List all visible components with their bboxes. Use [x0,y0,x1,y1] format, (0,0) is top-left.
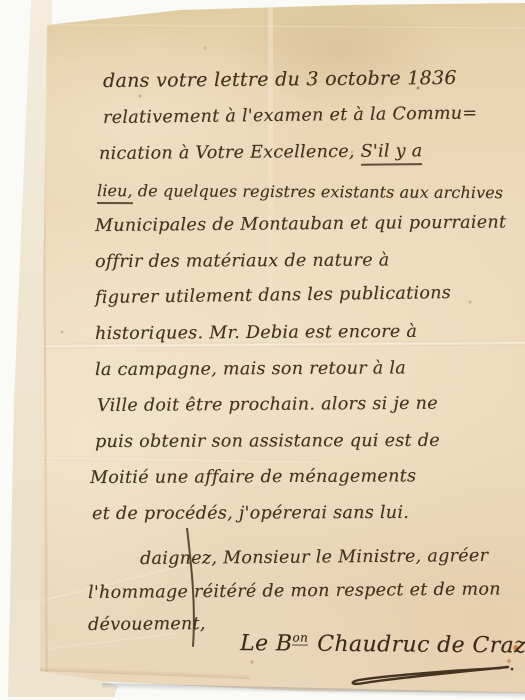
vertical-fold-crease [268,0,273,360]
letter-scan: dans votre lettre du 3 octobre 1836 rela… [0,0,525,700]
handwritten-line-15: l'hommage réitéré de mon respect et de m… [88,579,501,603]
line-4-text: de quelques registres existants aux arch… [133,181,504,202]
handwritten-line-8: historiques. Mr. Debia est encore à [95,322,417,344]
signature: Le BonChaudruc de Crazannes [240,630,525,659]
handwritten-line-6: offrir des matériaux de nature à [95,250,390,272]
handwritten-line-1: dans votre lettre du 3 octobre 1836 [103,67,457,92]
line-4-underlined-word: lieu, [97,181,133,204]
handwritten-line-9: la campagne, mais son retour à la [95,358,406,380]
signature-flourish [346,660,518,690]
handwritten-line-12: Moitié une affaire de ménagements [90,466,416,488]
handwritten-line-10: Ville doit être prochain. alors si je ne [97,394,438,416]
line-3-text: nication à Votre Excellence, [99,142,361,164]
handwritten-line-13: et de procédés, j'opérerai sans lui. [92,503,409,524]
handwritten-line-3: nication à Votre Excellence, S'il y a [99,141,423,164]
signature-superscript: on [292,630,308,645]
signature-title: Le B [240,631,293,656]
line-3-underlined-phrase: S'il y a [360,141,422,166]
signature-name: Chaudruc de Crazannes [317,632,525,659]
pen-descender-stroke [184,528,200,648]
handwritten-line-5: Municipales de Montauban et qui pourraie… [95,212,506,236]
handwritten-line-4: lieu, de quelques registres existants au… [97,181,503,202]
handwritten-line-11: puis obtenir son assistance qui est de [95,431,440,452]
